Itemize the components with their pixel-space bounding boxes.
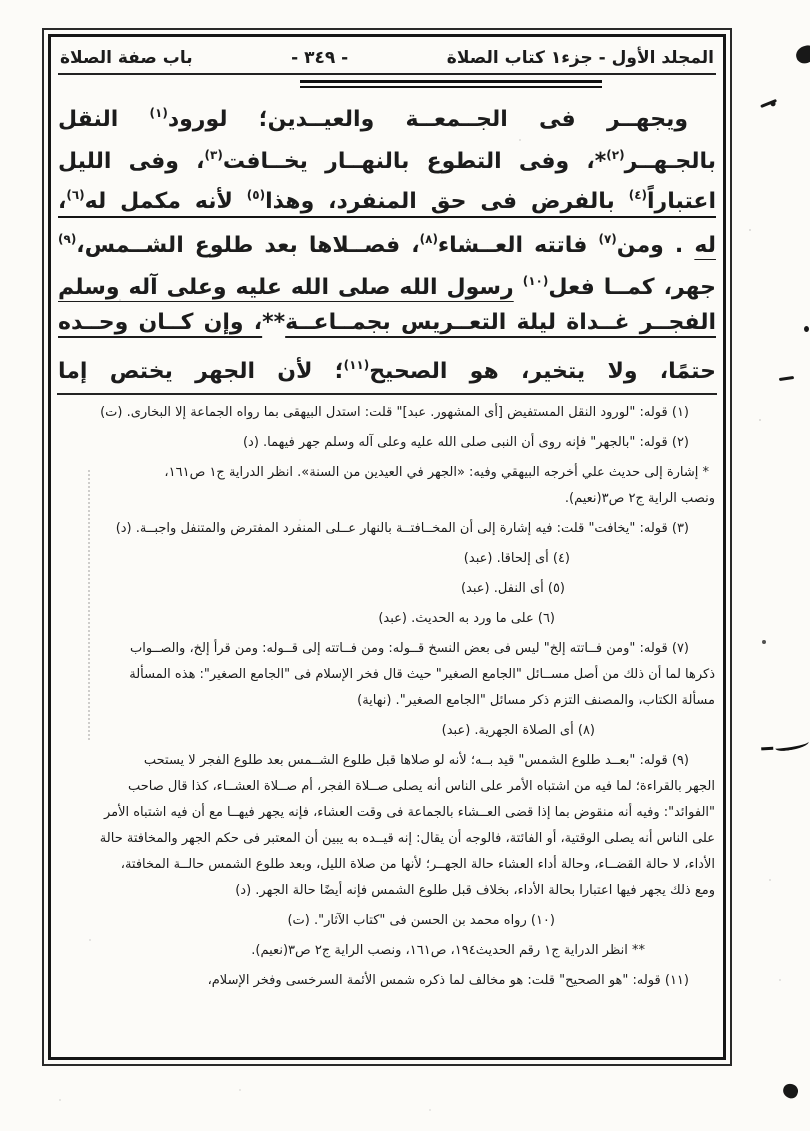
footnote-line: مسألة الكتاب، والمصنف التزم ذكر مسائل "ا… <box>59 688 715 714</box>
footnote-marker: (٦) <box>66 188 84 202</box>
matn-text: حتمًا، ولا يتخير، هو الصحيح <box>369 359 716 384</box>
footnote: (٣) قوله: "يخافت" قلت: فيه إشارة إلى أن … <box>59 516 715 542</box>
ink-smudge-bottom-right <box>781 1082 800 1100</box>
matn-text: لأنه مكمل له <box>85 189 247 214</box>
page-frame-inner: المجلد الأول - جزء١ كتاب الصلاة - ٣٤٩ - … <box>48 34 726 1060</box>
matn-text: له <box>694 233 716 258</box>
footnote-marker: (٩) <box>58 232 76 246</box>
footnote-separator <box>57 393 717 395</box>
footnote-line: (٤) أى إلحاقا. (عبد) <box>59 546 715 572</box>
matn-text: بالفرض فى حق المنفرد، وهذا <box>265 189 629 214</box>
matn-line: حتمًا، ولا يتخير، هو الصحيح(١١)؛ لأن الج… <box>58 344 716 386</box>
matn-line: جهر، كمــا فعل(١٠) رسول الله صلى الله عل… <box>58 260 716 302</box>
footnote-marker: (٢) <box>606 148 624 162</box>
matn-text: ، فصــلاها بعد طلوع الشــمس، <box>76 233 419 258</box>
page-number: - ٣٤٩ - <box>291 48 348 68</box>
page-frame-outer: المجلد الأول - جزء١ كتاب الصلاة - ٣٤٩ - … <box>42 28 732 1066</box>
footnote-line: "الفوائد": وفيه أنه منقوض بما إذا قضى ال… <box>59 800 715 826</box>
footnote-line: (١١) قوله: "هو الصحيح" قلت: هو مخالف لما… <box>59 968 715 994</box>
footnote-line: على الناس أنه يصلى الوقتية، أو الفائتة، … <box>59 826 715 852</box>
footnote: (١) قوله: "لورود النقل المستفيض [أى المش… <box>59 400 715 426</box>
matn-text: . ومن <box>617 233 695 258</box>
footnote-line: ونصب الراية ج٢ ص٣(نعيم). <box>59 486 715 512</box>
footnote-marker: (٤) <box>629 188 647 202</box>
footnote-line: الأداء، لا حالة القضــاء، وحالة أداء الع… <box>59 852 715 878</box>
footnotes-block: (١) قوله: "لورود النقل المستفيض [أى المش… <box>56 399 718 999</box>
footnote-line: (٣) قوله: "يخافت" قلت: فيه إشارة إلى أن … <box>59 516 715 542</box>
matn-line: ويجهــر فى الجــمعــة والعيــدين؛ لورود(… <box>58 92 716 134</box>
header-center-rule <box>300 80 602 88</box>
ink-smudge-top-right <box>794 43 810 65</box>
matn-text: جهر، كمــا فعل <box>548 275 716 300</box>
ink-smudge-tick <box>760 99 777 108</box>
footnote-line: الجهر بالقراءة؛ لما فيه من اشتباه الأمر … <box>59 774 715 800</box>
matn-text: اعتباراً <box>647 189 716 214</box>
ink-smudge-dot-small <box>762 640 766 644</box>
footnote-marker: (٧) <box>598 232 616 246</box>
footnote-line: (٨) أى الصلاة الجهرية. (عبد) <box>59 718 715 744</box>
scanned-book-page: { "colors": { "ink": "#1c1c1c", "paper":… <box>0 0 810 1131</box>
matn-line: اعتباراً(٤) بالفرض فى حق المنفرد، وهذا(٥… <box>58 176 716 218</box>
ink-smudge-dash <box>779 376 794 381</box>
footnote-line: ذكرها لما أن ذلك من أصل مســائل "الجامع … <box>59 662 715 688</box>
matn-block: ويجهــر فى الجــمعــة والعيــدين؛ لورود(… <box>56 92 718 386</box>
footnote-line: (٧) قوله: "ومن فــاتته إلخ" ليس فى بعض ا… <box>59 636 715 662</box>
matn-line: بالجـهــر(٢)*، وفى التطوع بالنهــار يخــ… <box>58 134 716 176</box>
footnote-marker: (١٠) <box>523 274 549 288</box>
footnote-line: (١٠) رواه محمد بن الحسن فى "كتاب الآثار"… <box>59 908 715 934</box>
footnote-line: (٩) قوله: "بعــد طلوع الشمس" قيد بــه؛ ل… <box>59 748 715 774</box>
footnote-line: ** انظر الدراية ج١ رقم الحديث١٩٤، ص١٦١، … <box>59 938 715 964</box>
footnote-line: (٥) أى النفل. (عبد) <box>59 576 715 602</box>
matn-text: فاتته العــشاء <box>438 233 599 258</box>
footnote-marker: (٣) <box>205 148 223 162</box>
header-volume-title: المجلد الأول - جزء١ كتاب الصلاة <box>447 48 714 68</box>
footnote-line: (١) قوله: "لورود النقل المستفيض [أى المش… <box>59 400 715 426</box>
matn-text: الفجــر غــداة ليلة التعــريس بجمــاعــة <box>285 310 716 335</box>
footnote-line: ومع ذلك يجهر فيها اعتبارا بحالة الأداء، … <box>59 878 715 904</box>
footnote-marker: (٨) <box>420 232 438 246</box>
matn-line: الفجــر غــداة ليلة التعــريس بجمــاعــة… <box>58 302 716 344</box>
footnote: ** انظر الدراية ج١ رقم الحديث١٩٤، ص١٦١، … <box>59 938 715 964</box>
footnote: (٤) أى إلحاقا. (عبد) <box>59 546 715 572</box>
footnote: (٩) قوله: "بعــد طلوع الشمس" قيد بــه؛ ل… <box>59 748 715 904</box>
footnote-line: * إشارة إلى حديث علي أخرجه البيهقي وفيه:… <box>59 460 715 486</box>
matn-text: *، وفى التطوع بالنهــار يخــافت <box>223 149 606 174</box>
footnote: (٥) أى النفل. (عبد) <box>59 576 715 602</box>
page-content: المجلد الأول - جزء١ كتاب الصلاة - ٣٤٩ - … <box>51 37 723 999</box>
matn-line: له . ومن(٧) فاتته العــشاء(٨)، فصــلاها … <box>58 218 716 260</box>
footnote-line: (٦) على ما ورد به الحديث. (عبد) <box>59 606 715 632</box>
scan-noise-column <box>88 470 90 740</box>
footnote: (٢) قوله: "بالجهر" فإنه روى أن النبى صلى… <box>59 430 715 456</box>
footnote: * إشارة إلى حديث علي أخرجه البيهقي وفيه:… <box>59 460 715 512</box>
header-chapter-title: باب صفة الصلاة <box>60 48 193 68</box>
ink-smudge-dot <box>804 326 809 332</box>
matn-text: بالجـهــر <box>625 149 716 174</box>
ink-smudge-squiggle <box>775 738 810 752</box>
footnote-marker: (٥) <box>247 188 265 202</box>
matn-text <box>514 275 523 300</box>
header-center-rule-wrap <box>56 75 718 92</box>
matn-text: ** <box>262 310 285 335</box>
footnote: (١٠) رواه محمد بن الحسن فى "كتاب الآثار"… <box>59 908 715 934</box>
footnote: (٨) أى الصلاة الجهرية. (عبد) <box>59 718 715 744</box>
matn-text: ويجهــر فى الجــمعــة والعيــدين؛ لورود <box>168 107 688 132</box>
footnote-marker: (١) <box>150 106 168 120</box>
footnote-marker: (١١) <box>344 358 370 372</box>
footnote: (١١) قوله: "هو الصحيح" قلت: هو مخالف لما… <box>59 968 715 994</box>
footnote-line: (٢) قوله: "بالجهر" فإنه روى أن النبى صلى… <box>59 430 715 456</box>
footnote: (٧) قوله: "ومن فــاتته إلخ" ليس فى بعض ا… <box>59 636 715 714</box>
footnote: (٦) على ما ورد به الحديث. (عبد) <box>59 606 715 632</box>
running-header: المجلد الأول - جزء١ كتاب الصلاة - ٣٤٩ - … <box>56 37 718 71</box>
